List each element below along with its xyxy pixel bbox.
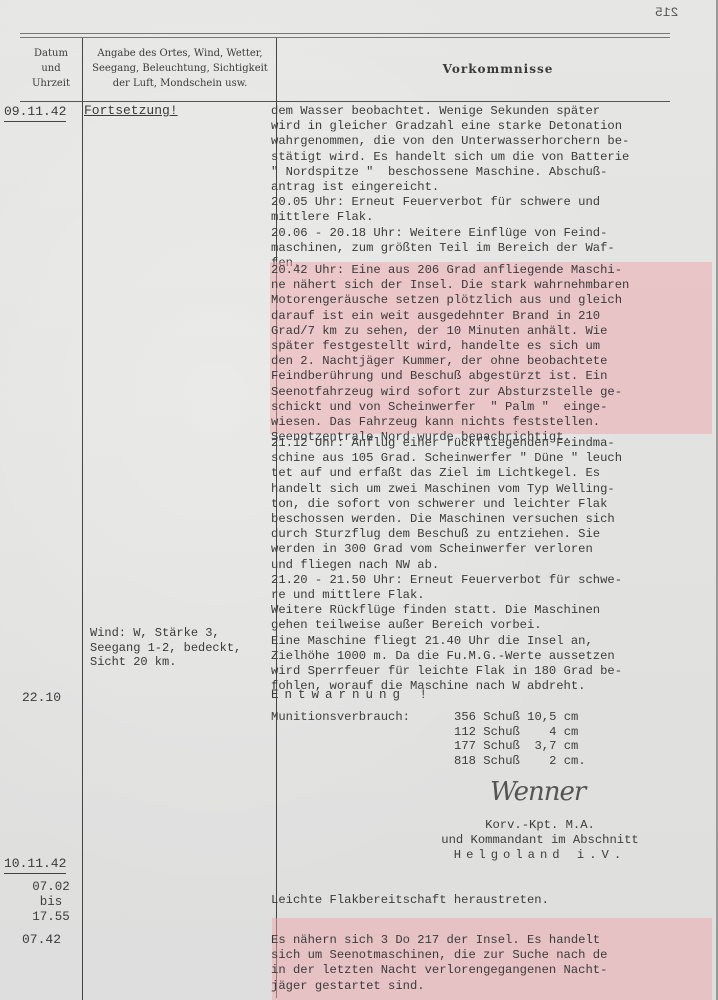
signer-block: Korv.-Kpt. M.A. und Kommandant im Abschn… — [420, 818, 660, 863]
time-to: bis — [22, 895, 80, 910]
header-text: Datum — [22, 46, 80, 61]
signer-title: und Kommandant im Abschnitt — [420, 833, 660, 848]
header-text: und — [22, 61, 80, 76]
entry-time: 07.42 — [22, 932, 61, 947]
header-text: Angabe des Ortes, Wind, Wetter, — [84, 46, 276, 61]
weather-report: Wind: W, Stärke 3, Seegang 1-2, bedeckt,… — [90, 626, 241, 670]
events-text-highlighted: 20.42 Uhr: Eine aus 206 Grad anfliegende… — [271, 263, 711, 445]
page-number: 215 — [655, 5, 678, 20]
header-date-column: Datum und Uhrzeit — [22, 46, 80, 91]
flak-readiness-text: Leichte Flakbereitschaft heraustreten. — [271, 893, 711, 908]
header-text: der Luft, Mondschein usw. — [84, 76, 276, 91]
column-divider-date — [82, 38, 83, 1000]
document-page: 215 Datum und Uhrzeit Angabe des Ortes, … — [0, 0, 718, 1000]
signature: Wenner — [490, 777, 585, 807]
header-place-column: Angabe des Ortes, Wind, Wetter, Seegang,… — [84, 46, 276, 91]
entry-date: 09.11.42 — [4, 104, 66, 122]
entry-time: 22.10 — [22, 690, 61, 705]
signer-location: Helgoland i.V. — [420, 848, 660, 863]
header-text: Uhrzeit — [22, 76, 80, 91]
header-events-column: Vorkommnisse — [278, 62, 718, 77]
time-start: 07.02 — [22, 880, 80, 895]
entry-date: 10.11.42 — [4, 856, 66, 874]
continuation-label: Fortsetzung! — [84, 104, 178, 119]
events-text-block: dem Wasser beobachtet. Wenige Sekunden s… — [271, 104, 711, 271]
events-text-block: 21.12 Uhr: Anflug einer rückfliegenden F… — [271, 436, 711, 694]
header-rule — [20, 33, 670, 38]
time-range: 07.02 bis 17.55 — [22, 880, 80, 925]
header-divider — [20, 101, 670, 102]
events-text-highlighted: Es nähern sich 3 Do 217 der Insel. Es ha… — [271, 933, 711, 994]
ammo-table: 356 Schuß 10,5 cm 112 Schuß 4 cm 177 Sch… — [454, 710, 586, 768]
signer-rank: Korv.-Kpt. M.A. — [420, 818, 660, 833]
header-text: Seegang, Beleuchtung, Sichtigkeit — [84, 61, 276, 76]
time-end: 17.55 — [22, 910, 80, 925]
all-clear-heading: Entwarnung ! — [271, 688, 433, 702]
ammo-label: Munitionsverbrauch: — [271, 710, 410, 724]
